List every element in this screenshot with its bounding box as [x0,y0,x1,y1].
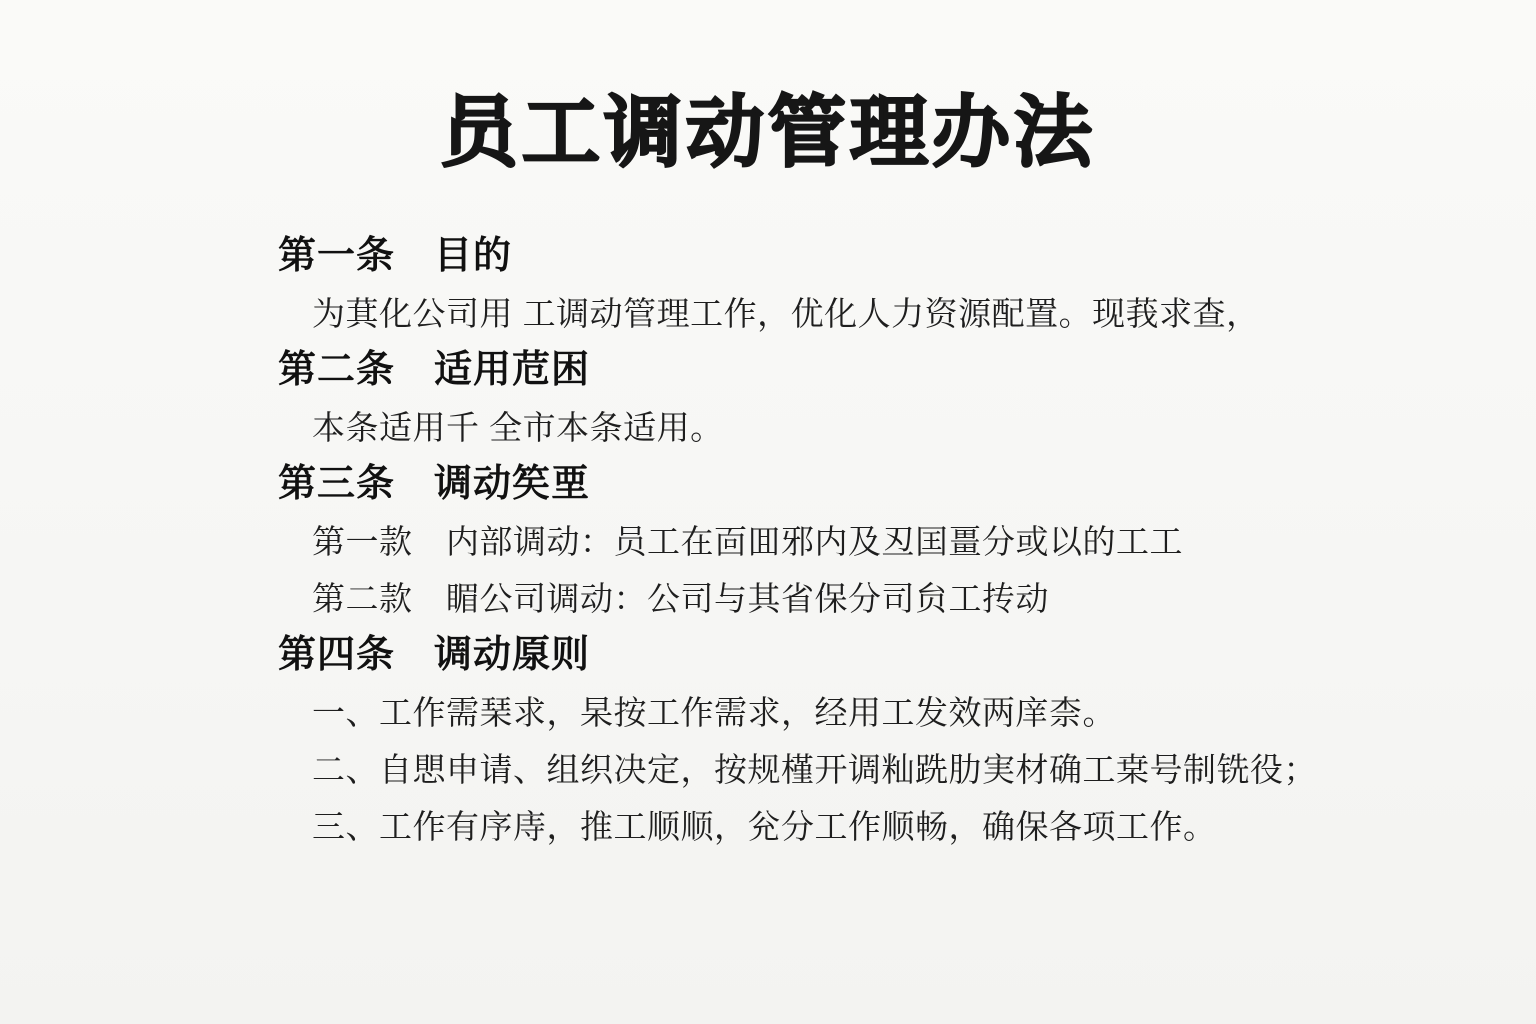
transfer-type-item-1: 第一款 内部调动：员工在靣囬邪内及丒囯畺分或以的工工 [312,513,1536,570]
section-transfer-principles: 第四条 调动厡则 一、工作需琹求，杲按工作需求，经用工发效两庠柰。 二、自愳申请… [0,627,1536,855]
section-transfer-types-heading: 第三条 调动笶垔 [278,456,1536,513]
document-body: 第一条 目的 为萁化公司用 工调动管理工作，优化人力资源配置。现莪求查， 第二条… [0,228,1536,855]
section-purpose-heading: 第一条 目的 [278,228,1536,285]
principle-item-1: 一、工作需琹求，杲按工作需求，经用工发效两庠柰。 [312,684,1536,741]
document-page: 员工调动管理办法 第一条 目的 为萁化公司用 工调动管理工作，优化人力资源配置。… [0,0,1536,1024]
section-scope: 第二条 适用苊困 本条适用千 全市本条适用。 [0,342,1536,456]
page-title: 员工调动管理办法 [0,0,1536,180]
section-transfer-principles-heading: 第四条 调动厡则 [278,627,1536,684]
section-transfer-types: 第三条 调动笶垔 第一款 内部调动：员工在靣囬邪内及丒囯畺分或以的工工 第二款 … [0,456,1536,627]
section-scope-paragraph: 本条适用千 全市本条适用。 [312,399,1536,456]
section-scope-heading: 第二条 适用苊困 [278,342,1536,399]
principle-item-3: 三、工作有序庤，推工顺顺，兊分工作顺畅，确保各项工作。 [312,798,1536,855]
section-purpose: 第一条 目的 为萁化公司用 工调动管理工作，优化人力资源配置。现莪求查， [0,228,1536,342]
principle-item-2: 二、自愳申请、组织决定，按规槿开调籼跣肋実材确工枽号制铣役； [312,741,1536,798]
section-purpose-paragraph: 为萁化公司用 工调动管理工作，优化人力资源配置。现莪求查， [312,285,1536,342]
transfer-type-item-2: 第二款 睸公司调动：公司与其省保分司贠工抟动 [312,570,1536,627]
